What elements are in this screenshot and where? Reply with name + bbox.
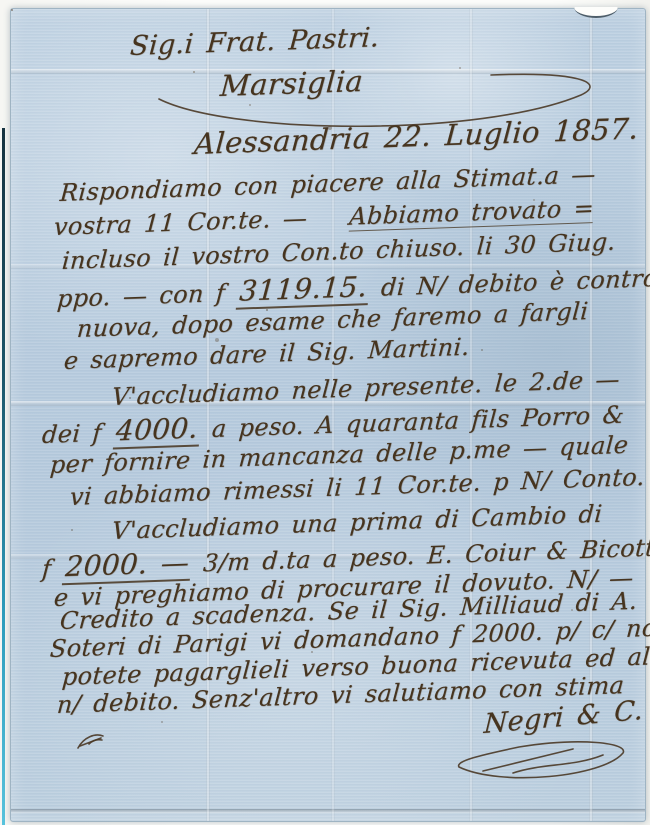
amount-4000-underlined: 4000. [113, 411, 202, 449]
abbiamo-trovato-underlined: Abbiamo trovato = [348, 194, 595, 232]
top-edge-notch [574, 7, 618, 18]
recipient-line-1: Sig.i Frat. Pastri. [129, 22, 380, 62]
scanned-letter-page: Sig.i Frat. Pastri. Marsiglia Alessandri… [10, 8, 646, 822]
amount-3119-underlined: 3119.15. [236, 270, 370, 310]
recipient-name: Sig.i Frat. Pastri. [129, 22, 380, 62]
paraph-mark [75, 729, 107, 753]
fold-crease-bottom [11, 809, 645, 813]
scanner-edge-line [2, 128, 5, 825]
signature-flourish [453, 733, 633, 789]
ink-speckles [11, 9, 13, 11]
